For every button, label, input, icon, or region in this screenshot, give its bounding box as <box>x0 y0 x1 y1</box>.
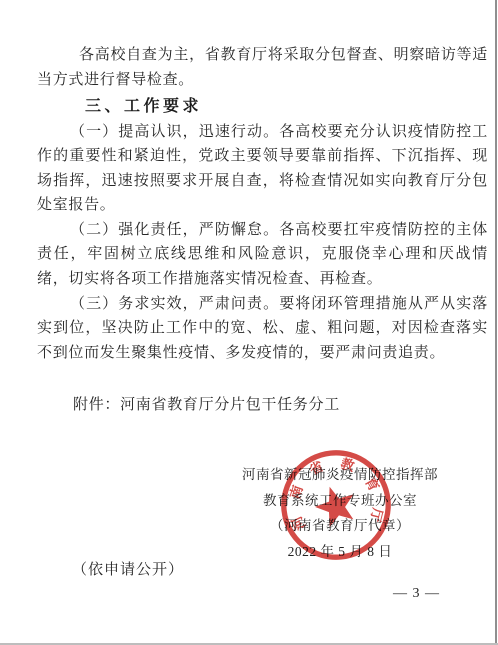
section-heading: 三、工作要求 <box>37 95 488 120</box>
document-body: 各高校自查为主，省教育厅将采取分包督查、明察暗访等适当方式进行督导检查。 三、工… <box>37 43 488 418</box>
paragraph-item-3: （三）务求实效，严肃问责。要将闭环管理措施从严从实落实到位，坚决防止工作中的宽、… <box>37 292 488 366</box>
paragraph-item-1: （一）提高认识，迅速行动。各高校要充分认识疫情防控工作的重要性和紧迫性，党政主要… <box>37 120 488 218</box>
official-seal: 河 南 省 教 育 厅 <box>272 441 399 568</box>
paragraph-item-2: （二）强化责任，严防懈怠。各高校要扛牢疫情防控的主体责任，牢固树立底线思维和风险… <box>37 218 488 292</box>
disclosure-note: （依申请公开） <box>72 558 184 582</box>
paragraph-intro: 各高校自查为主，省教育厅将采取分包督查、明察暗访等适当方式进行督导检查。 <box>37 43 488 92</box>
document-page: 各高校自查为主，省教育厅将采取分包督查、明察暗访等适当方式进行督导检查。 三、工… <box>0 0 498 645</box>
scan-edge-right <box>495 0 497 645</box>
page-number: — 3 — <box>393 586 440 602</box>
seal-arc-char: 厅 <box>367 506 385 524</box>
seal-star-icon <box>313 484 357 528</box>
attachment-line: 附件：河南省教育厅分片包干任务分工 <box>37 393 488 418</box>
